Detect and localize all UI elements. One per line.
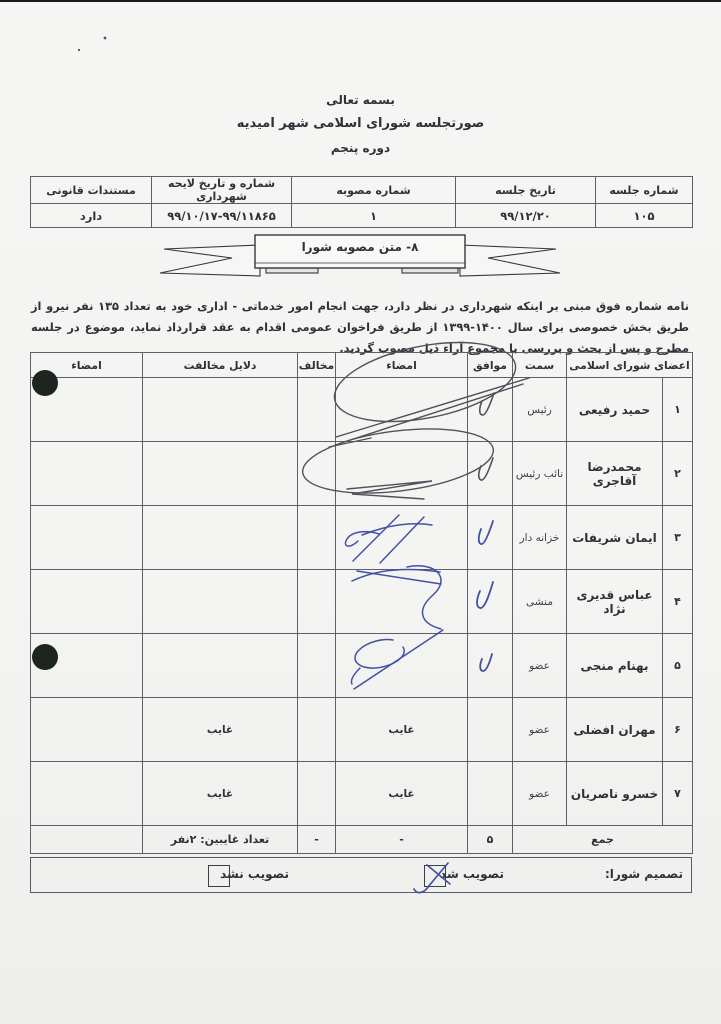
position-header: سمت (513, 353, 567, 378)
signature-cell: غایب (336, 698, 468, 762)
scan-top-edge (0, 0, 721, 2)
opposition-reasons-header: دلایل مخالفت (143, 353, 298, 378)
member-name: ایمان شریفات (567, 506, 663, 570)
member-row: ۶مهران افضلیعضوغایبغایب (31, 698, 693, 762)
total-signature2 (31, 826, 143, 854)
member-position: عضو (513, 762, 567, 826)
members-table-body: ۱حمید رفیعیرئیس۲محمدرضا آقاجرینائب رئیس۳… (31, 378, 693, 826)
member-name: حمید رفیعی (567, 378, 663, 442)
session-date-header: تاریخ جلسه (456, 177, 596, 204)
opposition-reason-cell (143, 570, 298, 634)
opposed-header: مخالف (298, 353, 336, 378)
member-name: بهنام منجی (567, 634, 663, 698)
opposition-reason-cell: غایب (143, 698, 298, 762)
member-number: ۱ (663, 378, 693, 442)
resolution-number-header: شماره مصوبه (292, 177, 456, 204)
opposed-cell (298, 634, 336, 698)
opposed-cell (298, 378, 336, 442)
member-position: عضو (513, 698, 567, 762)
total-label: جمع (513, 826, 693, 854)
agree-cell (468, 506, 513, 570)
member-row: ۴عباس قدیری نژادمنشی (31, 570, 693, 634)
signature-cell (336, 506, 468, 570)
signature2-header: امضاء (31, 353, 143, 378)
member-name: مهران افضلی (567, 698, 663, 762)
document-title: صورتجلسه شورای اسلامی شهر امیدیه (0, 112, 721, 136)
signature2-cell (31, 378, 143, 442)
session-number-header: شماره جلسه (596, 177, 693, 204)
member-number: ۵ (663, 634, 693, 698)
dust-speck (104, 37, 107, 40)
signature2-cell (31, 442, 143, 506)
approved-checkbox[interactable] (424, 865, 446, 887)
signature2-cell (31, 506, 143, 570)
scanned-meeting-minutes-page: بسمه تعالی صورتجلسه شورای اسلامی شهر امی… (0, 0, 721, 1024)
signature2-cell (31, 634, 143, 698)
member-number: ۲ (663, 442, 693, 506)
opposition-reason-cell (143, 442, 298, 506)
session-date-value: ۹۹/۱۲/۲۰ (456, 204, 596, 228)
member-name: عباس قدیری نژاد (567, 570, 663, 634)
total-opposed: - (298, 826, 336, 854)
member-row: ۲محمدرضا آقاجرینائب رئیس (31, 442, 693, 506)
total-absent-count: تعداد غایبین: ۲نفر (143, 826, 298, 854)
legal-docs-header: مستندات قانونی (31, 177, 152, 204)
document-header: بسمه تعالی صورتجلسه شورای اسلامی شهر امی… (0, 88, 721, 160)
members-votes-table: اعضای شورای اسلامی سمت موافق امضاء مخالف… (30, 352, 693, 854)
signature2-cell (31, 762, 143, 826)
member-position: خزانه دار (513, 506, 567, 570)
opposition-reason-cell: غایب (143, 762, 298, 826)
resolution-number-value: ۱ (292, 204, 456, 228)
resolution-text: نامه شماره فوق مبنی بر اینکه شهرداری در … (31, 296, 689, 359)
council-decision-box: تصمیم شورا: تصویب شد تصویب نشد (30, 857, 692, 893)
agree-cell (468, 698, 513, 762)
members-header-row: اعضای شورای اسلامی سمت موافق امضاء مخالف… (31, 353, 693, 378)
agree-cell (468, 634, 513, 698)
council-term: دوره پنجم (0, 136, 721, 160)
signature-cell: غایب (336, 762, 468, 826)
signature-cell (336, 378, 468, 442)
rejected-checkbox[interactable] (208, 865, 230, 887)
legal-docs-value: دارد (31, 204, 152, 228)
ribbon-title: ۸- متن مصوبه شورا (255, 240, 465, 254)
members-header: اعضای شورای اسلامی (567, 353, 693, 378)
info-value-row: ۱۰۵ ۹۹/۱۲/۲۰ ۱ ۹۹/۱۰/۱۷-۹۹/۱۱۸۶۵ دارد (31, 204, 693, 228)
agree-header: موافق (468, 353, 513, 378)
signature-header: امضاء (336, 353, 468, 378)
opposed-cell (298, 506, 336, 570)
rejected-label: تصویب نشد (220, 867, 289, 881)
bill-number-date-value: ۹۹/۱۰/۱۷-۹۹/۱۱۸۶۵ (152, 204, 292, 228)
approved-label: تصویب شد (440, 867, 504, 881)
member-position: عضو (513, 634, 567, 698)
total-row: جمع ۵ - - تعداد غایبین: ۲نفر (31, 826, 693, 854)
opposed-cell (298, 570, 336, 634)
session-number-value: ۱۰۵ (596, 204, 693, 228)
decision-label: تصمیم شورا: (605, 867, 683, 881)
opposed-cell (298, 442, 336, 506)
opposition-reason-cell (143, 634, 298, 698)
member-row: ۳ایمان شریفاتخزانه دار (31, 506, 693, 570)
opposition-reason-cell (143, 506, 298, 570)
member-row: ۷خسرو ناصریانعضوغایبغایب (31, 762, 693, 826)
agree-cell (468, 378, 513, 442)
signature-cell (336, 634, 468, 698)
opposed-cell (298, 698, 336, 762)
member-number: ۳ (663, 506, 693, 570)
member-number: ۶ (663, 698, 693, 762)
signature2-cell (31, 570, 143, 634)
member-position: منشی (513, 570, 567, 634)
agree-cell (468, 570, 513, 634)
member-position: رئیس (513, 378, 567, 442)
total-signature: - (336, 826, 468, 854)
opposition-reason-cell (143, 378, 298, 442)
signature2-cell (31, 698, 143, 762)
basmala-line: بسمه تعالی (0, 88, 721, 112)
member-number: ۴ (663, 570, 693, 634)
member-name: خسرو ناصریان (567, 762, 663, 826)
info-header-row: شماره جلسه تاریخ جلسه شماره مصوبه شماره … (31, 177, 693, 204)
agree-cell (468, 442, 513, 506)
dust-speck (78, 49, 80, 51)
member-position: نائب رئیس (513, 442, 567, 506)
member-number: ۷ (663, 762, 693, 826)
bill-number-date-header: شماره و تاریخ لایحه شهرداری (152, 177, 292, 204)
signature-cell (336, 570, 468, 634)
member-row: ۵بهنام منجیعضو (31, 634, 693, 698)
signature-cell (336, 442, 468, 506)
total-agree: ۵ (468, 826, 513, 854)
agree-cell (468, 762, 513, 826)
member-name: محمدرضا آقاجری (567, 442, 663, 506)
opposed-cell (298, 762, 336, 826)
member-row: ۱حمید رفیعیرئیس (31, 378, 693, 442)
session-info-table: شماره جلسه تاریخ جلسه شماره مصوبه شماره … (30, 176, 693, 228)
